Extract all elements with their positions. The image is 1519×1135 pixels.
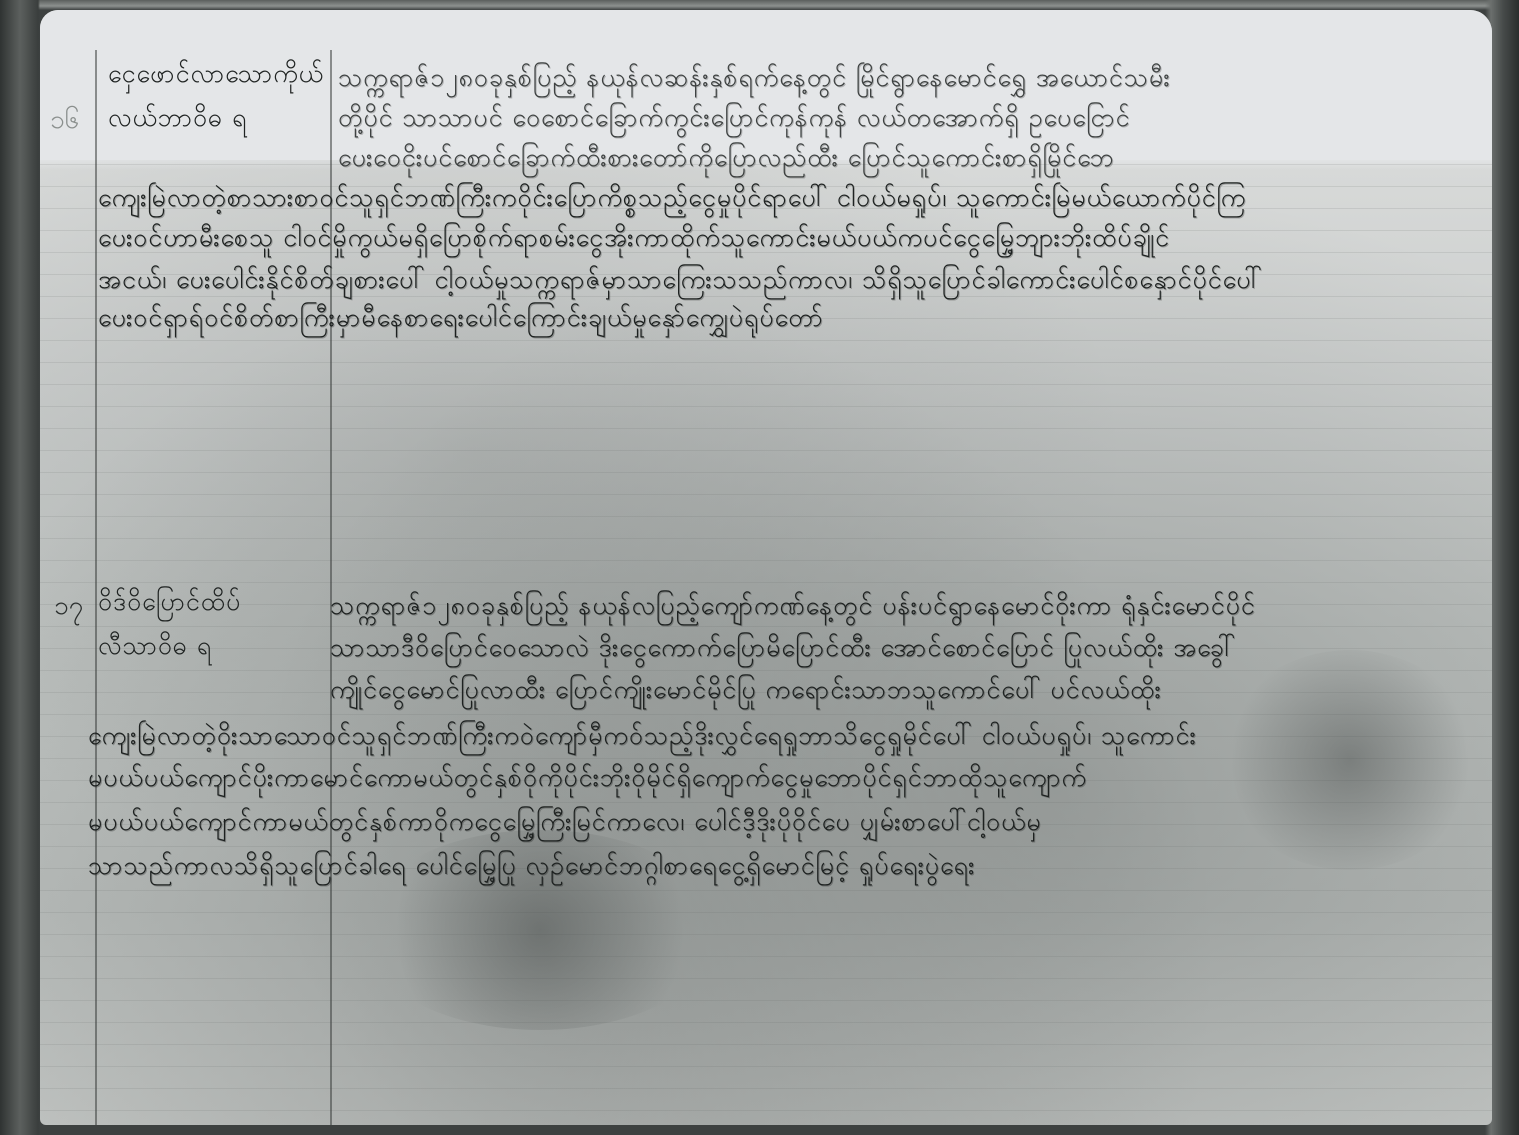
body-line: ပေးဝင်ရှာရ်ဝင်စိတ်စာကြီးမှာမီနေစာရေးပေါင… — [98, 300, 824, 336]
body-line: သက္ကရာဇ်၁၂၈၀ခုနှစ်ပြည့် နယုန်လပြည့်ကျော်… — [330, 588, 1256, 624]
body-line: မပယ်ပယ်ကျောင်ကာမယ်တွင်နှစ်ကာဝိုကငွေမြှေ့… — [88, 804, 1042, 840]
body-line: အငယ်၊ ပေးပေါင်းနိုင်စိတ်ချစားပေါ် ငါ့ဝယ်… — [98, 262, 1263, 298]
entry-heading-line: ဝိဒ်ဝိပြောင်ထိပ် — [98, 586, 241, 618]
entry-heading-line: ငှေဖောင်လာသောကိုယ် — [108, 58, 324, 90]
body-line: သာသာဒီဝိပြောင်ဝေသောလဲ ဒိုးငွေကောက်ပြောမိ… — [330, 630, 1236, 666]
body-line: မပယ်ပယ်ကျောင်ပိုးကာမောင်ကောမယ်တွင်နှစ်ဝိ… — [88, 760, 1087, 796]
body-line: ကျေးမြဲလာတဲ့ဝိုးသာသောဝင်သူရှင်ဘဏ်ကြီးကဝဲ… — [88, 718, 1197, 754]
entry-number: ၁၆ — [50, 102, 79, 141]
entry-heading-line: လယ်ဘာဝိဓ ရ — [108, 102, 247, 134]
manuscript-page: ၁၆ ငှေဖောင်လာသောကိုယ် လယ်ဘာဝိဓ ရ သက္ကရာဇ… — [40, 10, 1492, 1125]
body-line: ကျိုင်ငွေမောင်ပြုလာထီး ပြောင်ကျိုးမောင်မ… — [330, 672, 1162, 708]
body-line: တို့ပိုင် သာသာပင် ဝေစောင်ခြောက်ကွင်းပြော… — [338, 100, 1131, 136]
entry-heading-line: လီသာဝိဓ ရ — [98, 630, 212, 662]
body-line: ကျေးမြဲလာတဲ့စာသားစာဝင်သူရှင်ဘဏ်ကြီးကဝိုင… — [98, 180, 1246, 216]
body-line: သက္ကရာဇ်၁၂၈၀ခုနှစ်ပြည့် နယုန်လဆန်းနှစ်ရက… — [338, 60, 1171, 96]
ink-stain — [1220, 650, 1480, 870]
left-margin-rule — [95, 50, 97, 1125]
body-line: သာသည်ကာလသိရှိသူပြောင်ခါရေ ပေါင်မြှေ့ပြု … — [88, 848, 975, 884]
body-line: ပေးဝေငိုးပင်စောင်ခြောက်ထီးစားတော်ကိုပြော… — [338, 140, 1115, 176]
body-line: ပေးဝင်ဟာမီးစေသူ ငါဝင်မှိုကွယ်မရှိပြောစို… — [98, 220, 1170, 256]
entry-number: ၁၇ — [54, 588, 83, 627]
